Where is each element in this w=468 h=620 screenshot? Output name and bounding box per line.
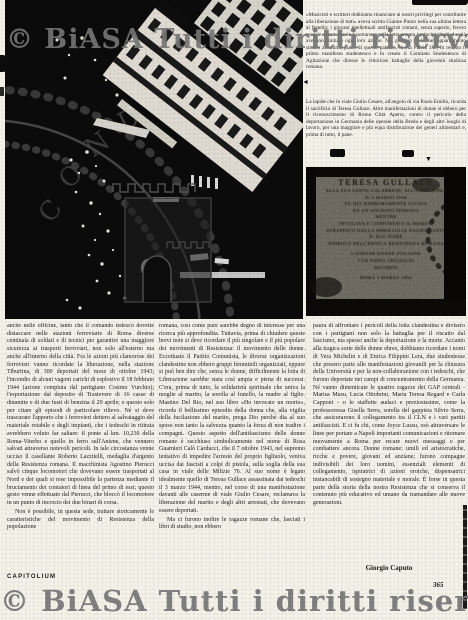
caption-palazzo: «Musicisti e scrittori dobbiamo rinuncia…	[306, 12, 466, 71]
photo-ref-left-arrow-icon: ◄	[302, 79, 309, 86]
author-signature: Giorgio Caputo	[313, 564, 465, 572]
paragraph: romana, così come pure sarebbe degno di …	[159, 323, 305, 516]
scan-artifact-blob	[330, 149, 345, 157]
scan-artifact-edge	[0, 87, 4, 96]
plaque-line: RICORDA	[306, 265, 466, 272]
photo-palazzo-illustration: C O N D I	[5, 0, 303, 319]
paragraph: Ma ci furono inoltre le ragazze romane c…	[159, 517, 305, 532]
plaque-line: FU QUI BARBARAMENTE UCCISA	[306, 201, 466, 208]
plaque-line: SIMBOLO DELL'EROICA RESISTENZA ROMANA	[306, 241, 466, 248]
paragraph: paura di affrontare i pericoli della lot…	[313, 323, 465, 508]
plaque-line: IL SUO NOME	[306, 234, 466, 241]
photo-palazzo: C O N D I	[5, 0, 303, 319]
caption-lapide: La lapide che in viale Giulio Cesare, al…	[306, 99, 466, 138]
plaque-line: L'UNIONE DONNE ITALIANE	[306, 251, 466, 258]
journal-footer-label: CAPITOLIUM	[7, 574, 56, 580]
plaque-line: CON FIERO ORGOGLIO	[306, 258, 466, 265]
plaque-inscription: TERESA GULLACE ALLA SUA GENTE CALABRESE,…	[306, 177, 466, 282]
page-number: 365	[433, 581, 444, 589]
plaque-line: ALLA SUA GENTE CALABRESE, ALLA SUA ROMA	[306, 188, 466, 195]
paragraph: Non è possibile, in questa sede, trattar…	[7, 509, 154, 532]
scan-artifact-blob	[402, 150, 414, 157]
paragraph: anche nelle officine, tanto che il coman…	[7, 323, 154, 508]
scanned-journal-page: C O N D I	[0, 0, 468, 620]
scan-artifact-edge	[0, 55, 7, 72]
plaque-line: ROMA 3 MARZO 1954	[306, 275, 466, 282]
article-column-3: paura di affrontare i pericoli della lot…	[313, 323, 465, 573]
article-column-1: anche nelle officine, tanto che il coman…	[7, 323, 154, 573]
crenellated-tower	[113, 184, 211, 302]
plaque-line: MENTRE	[306, 214, 466, 221]
scan-artifact-edge	[412, 0, 468, 5]
scan-artifact-edge	[463, 505, 467, 609]
plaque-line: INVOCAVA E CONFORTAVA IL MARITO	[306, 221, 466, 228]
article-column-2: romana, così come pure sarebbe degno di …	[159, 323, 305, 573]
library-watermark-bottom: © BiASA Tutti i diritti riservati	[0, 584, 468, 618]
plaque-line: TERESA GULLACE	[306, 177, 466, 188]
photo-ref-down-arrow-icon: ▼	[425, 156, 432, 163]
